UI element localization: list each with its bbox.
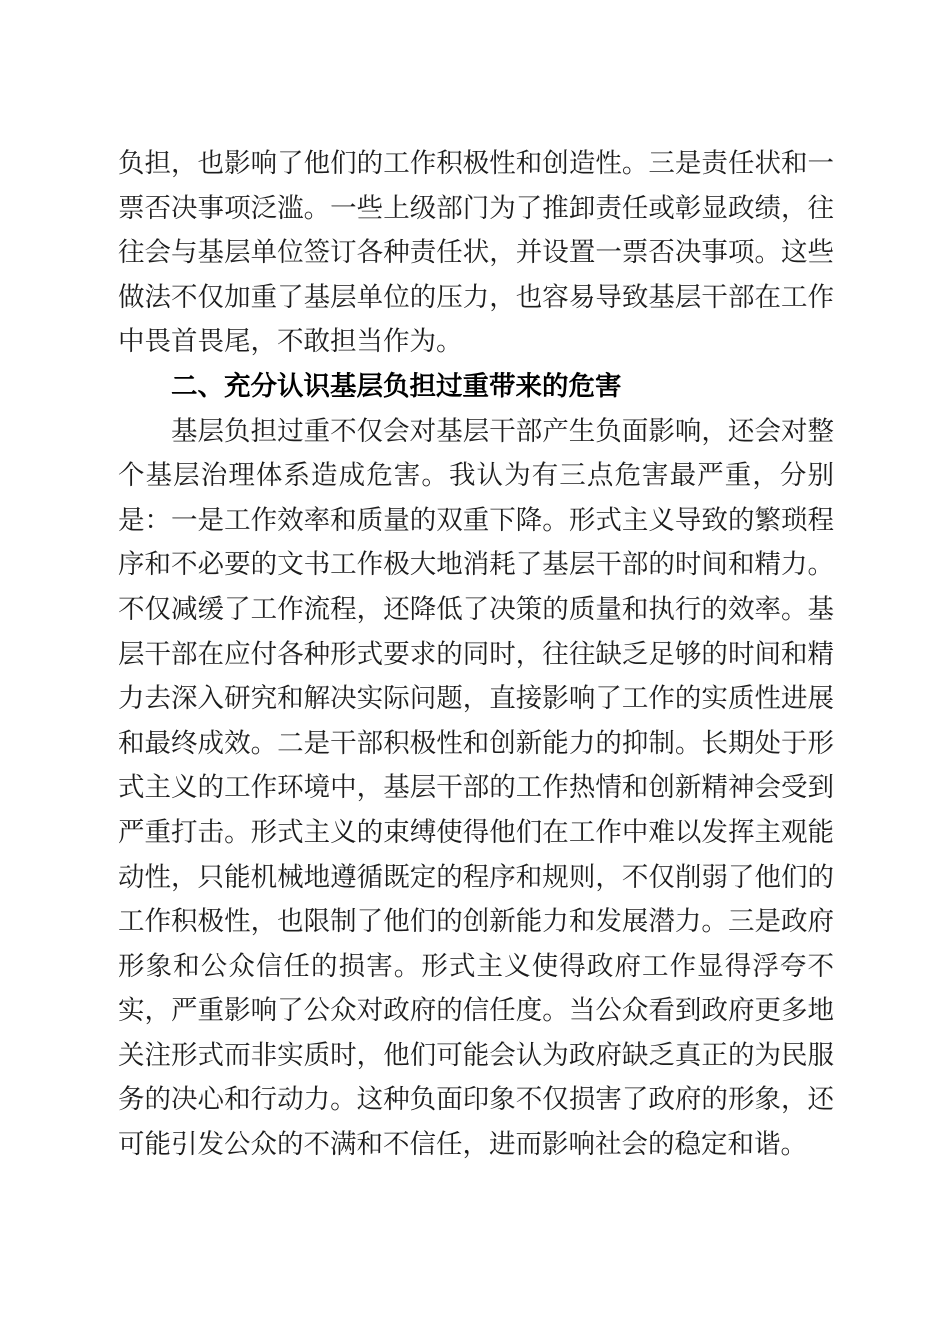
document-page: 负担，也影响了他们的工作积极性和创造性。三是责任状和一票否决事项泛滥。一些上级部… [0,0,950,1344]
section-heading: 二、充分认识基层负担过重带来的危害 [118,364,834,409]
paragraph-continuation: 负担，也影响了他们的工作积极性和创造性。三是责任状和一票否决事项泛滥。一些上级部… [118,141,834,364]
paragraph-harms: 基层负担过重不仅会对基层干部产生负面影响，还会对整个基层治理体系造成危害。我认为… [118,409,834,1167]
document-content: 负担，也影响了他们的工作积极性和创造性。三是责任状和一票否决事项泛滥。一些上级部… [118,141,834,1167]
